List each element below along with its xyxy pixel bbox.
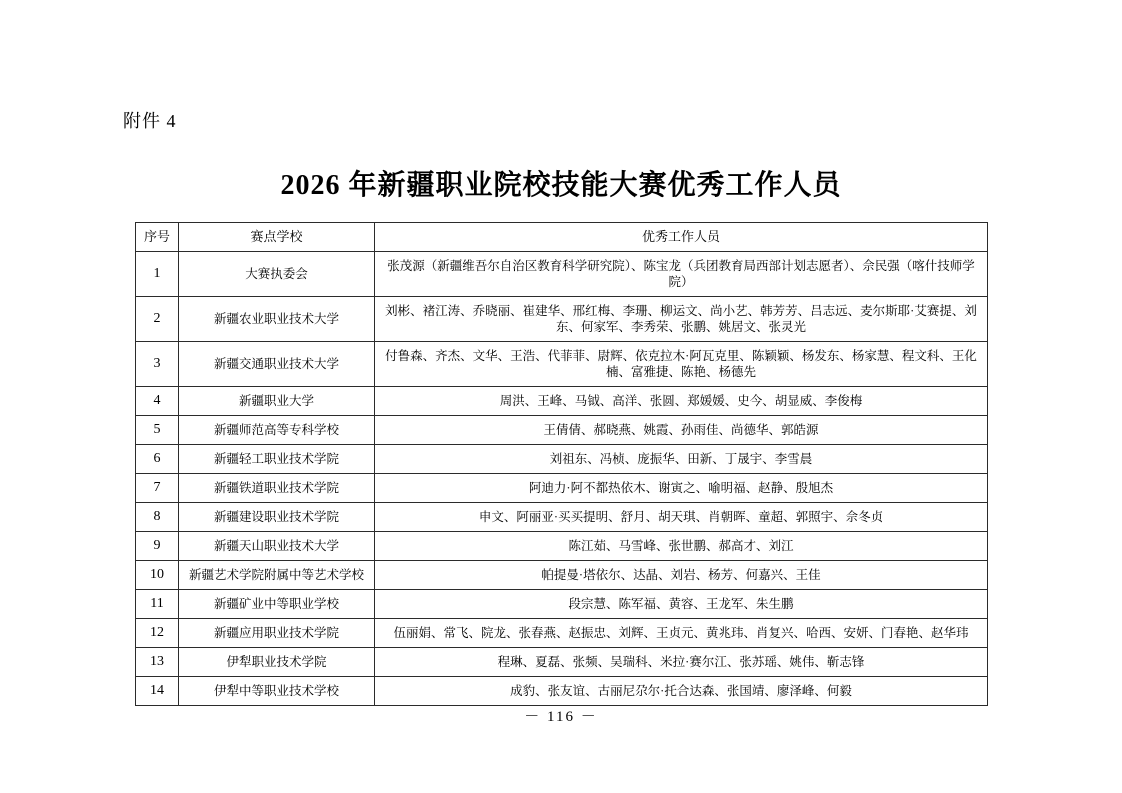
table-row: 14 伊犁中等职业技术学校 成豹、张友谊、古丽尼尕尔·托合达森、张国靖、廖泽峰、… xyxy=(136,677,988,706)
school-cell: 新疆矿业中等职业学校 xyxy=(179,590,375,619)
document-page: 附件 4 2026 年新疆职业院校技能大赛优秀工作人员 序号 赛点学校 优秀工作… xyxy=(0,0,1122,793)
table-row: 5 新疆师范高等专科学校 王倩倩、郝晓燕、姚霞、孙雨佳、尚德华、郭皓源 xyxy=(136,416,988,445)
row-serial-number-cell: 7 xyxy=(136,474,179,503)
table-row: 3 新疆交通职业技术大学 付鲁森、齐杰、文华、王浩、代菲菲、尉辉、依克拉木·阿瓦… xyxy=(136,342,988,387)
school-cell: 新疆铁道职业技术学院 xyxy=(179,474,375,503)
staff-cell: 伍丽娟、常飞、院龙、张春燕、赵振忠、刘辉、王贞元、黄兆玮、肖复兴、哈西、安妍、门… xyxy=(375,619,988,648)
table-row: 9 新疆天山职业技术大学 陈江茹、马雪峰、张世鹏、郝高才、刘江 xyxy=(136,532,988,561)
row-serial-number-cell: 2 xyxy=(136,297,179,342)
table-row: 2 新疆农业职业技术大学 刘彬、褚江涛、乔晓丽、崔建华、邢红梅、李珊、柳运文、尚… xyxy=(136,297,988,342)
row-serial-number-cell: 4 xyxy=(136,387,179,416)
row-serial-number-cell: 1 xyxy=(136,252,179,297)
row-serial-number-cell: 3 xyxy=(136,342,179,387)
page-title: 2026 年新疆职业院校技能大赛优秀工作人员 xyxy=(0,163,1122,203)
row-serial-number-cell: 12 xyxy=(136,619,179,648)
table-row: 11 新疆矿业中等职业学校 段宗慧、陈军福、黄容、王龙军、朱生鹏 xyxy=(136,590,988,619)
school-cell: 新疆轻工职业技术学院 xyxy=(179,445,375,474)
staff-cell: 刘祖东、冯桢、庞振华、田新、丁晟宇、李雪晨 xyxy=(375,445,988,474)
row-serial-number-cell: 10 xyxy=(136,561,179,590)
school-cell: 伊犁职业技术学院 xyxy=(179,648,375,677)
staff-cell: 成豹、张友谊、古丽尼尕尔·托合达森、张国靖、廖泽峰、何毅 xyxy=(375,677,988,706)
header-staff: 优秀工作人员 xyxy=(375,223,988,252)
staff-table: 序号 赛点学校 优秀工作人员 1 大赛执委会 张茂源（新疆维吾尔自治区教育科学研… xyxy=(135,222,988,706)
staff-cell: 段宗慧、陈军福、黄容、王龙军、朱生鹏 xyxy=(375,590,988,619)
staff-cell: 付鲁森、齐杰、文华、王浩、代菲菲、尉辉、依克拉木·阿瓦克里、陈颖颖、杨发东、杨家… xyxy=(375,342,988,387)
staff-cell: 程琳、夏磊、张频、吴瑞科、米拉·赛尔江、张苏瑶、姚伟、靳志锋 xyxy=(375,648,988,677)
school-cell: 新疆农业职业技术大学 xyxy=(179,297,375,342)
table-row: 6 新疆轻工职业技术学院 刘祖东、冯桢、庞振华、田新、丁晟宇、李雪晨 xyxy=(136,445,988,474)
staff-cell: 申文、阿丽亚·买买提明、舒月、胡天琪、肖朝晖、童超、郭照宇、佘冬贞 xyxy=(375,503,988,532)
header-school: 赛点学校 xyxy=(179,223,375,252)
staff-cell: 张茂源（新疆维吾尔自治区教育科学研究院）、陈宝龙（兵团教育局西部计划志愿者）、佘… xyxy=(375,252,988,297)
table-row: 13 伊犁职业技术学院 程琳、夏磊、张频、吴瑞科、米拉·赛尔江、张苏瑶、姚伟、靳… xyxy=(136,648,988,677)
staff-cell: 阿迪力·阿不都热依木、谢寅之、喻明福、赵静、殷旭杰 xyxy=(375,474,988,503)
school-cell: 新疆师范高等专科学校 xyxy=(179,416,375,445)
school-cell: 新疆建设职业技术学院 xyxy=(179,503,375,532)
table-row: 10 新疆艺术学院附属中等艺术学校 帕提曼·塔依尔、达晶、刘岩、杨芳、何嘉兴、王… xyxy=(136,561,988,590)
table-body: 1 大赛执委会 张茂源（新疆维吾尔自治区教育科学研究院）、陈宝龙（兵团教育局西部… xyxy=(136,252,988,706)
row-serial-number-cell: 13 xyxy=(136,648,179,677)
school-cell: 伊犁中等职业技术学校 xyxy=(179,677,375,706)
row-serial-number-cell: 11 xyxy=(136,590,179,619)
staff-cell: 帕提曼·塔依尔、达晶、刘岩、杨芳、何嘉兴、王佳 xyxy=(375,561,988,590)
school-cell: 新疆艺术学院附属中等艺术学校 xyxy=(179,561,375,590)
school-cell: 新疆交通职业技术大学 xyxy=(179,342,375,387)
staff-cell: 陈江茹、马雪峰、张世鹏、郝高才、刘江 xyxy=(375,532,988,561)
staff-cell: 王倩倩、郝晓燕、姚霞、孙雨佳、尚德华、郭皓源 xyxy=(375,416,988,445)
row-serial-number-cell: 5 xyxy=(136,416,179,445)
page-number: － 116 － xyxy=(0,705,1122,726)
staff-cell: 周洪、王峰、马钺、高洋、张圆、郑媛媛、史今、胡显威、李俊梅 xyxy=(375,387,988,416)
school-cell: 大赛执委会 xyxy=(179,252,375,297)
table-row: 8 新疆建设职业技术学院 申文、阿丽亚·买买提明、舒月、胡天琪、肖朝晖、童超、郭… xyxy=(136,503,988,532)
table-row: 7 新疆铁道职业技术学院 阿迪力·阿不都热依木、谢寅之、喻明福、赵静、殷旭杰 xyxy=(136,474,988,503)
table-header-row: 序号 赛点学校 优秀工作人员 xyxy=(136,223,988,252)
school-cell: 新疆职业大学 xyxy=(179,387,375,416)
row-serial-number-cell: 14 xyxy=(136,677,179,706)
table-row: 12 新疆应用职业技术学院 伍丽娟、常飞、院龙、张春燕、赵振忠、刘辉、王贞元、黄… xyxy=(136,619,988,648)
school-cell: 新疆应用职业技术学院 xyxy=(179,619,375,648)
table-row: 1 大赛执委会 张茂源（新疆维吾尔自治区教育科学研究院）、陈宝龙（兵团教育局西部… xyxy=(136,252,988,297)
school-cell: 新疆天山职业技术大学 xyxy=(179,532,375,561)
table-row: 4 新疆职业大学 周洪、王峰、马钺、高洋、张圆、郑媛媛、史今、胡显威、李俊梅 xyxy=(136,387,988,416)
row-serial-number-cell: 8 xyxy=(136,503,179,532)
attachment-label: 附件 4 xyxy=(123,107,177,133)
staff-cell: 刘彬、褚江涛、乔晓丽、崔建华、邢红梅、李珊、柳运文、尚小艺、韩芳芳、吕志远、麦尔… xyxy=(375,297,988,342)
header-serial-number: 序号 xyxy=(136,223,179,252)
row-serial-number-cell: 9 xyxy=(136,532,179,561)
row-serial-number-cell: 6 xyxy=(136,445,179,474)
